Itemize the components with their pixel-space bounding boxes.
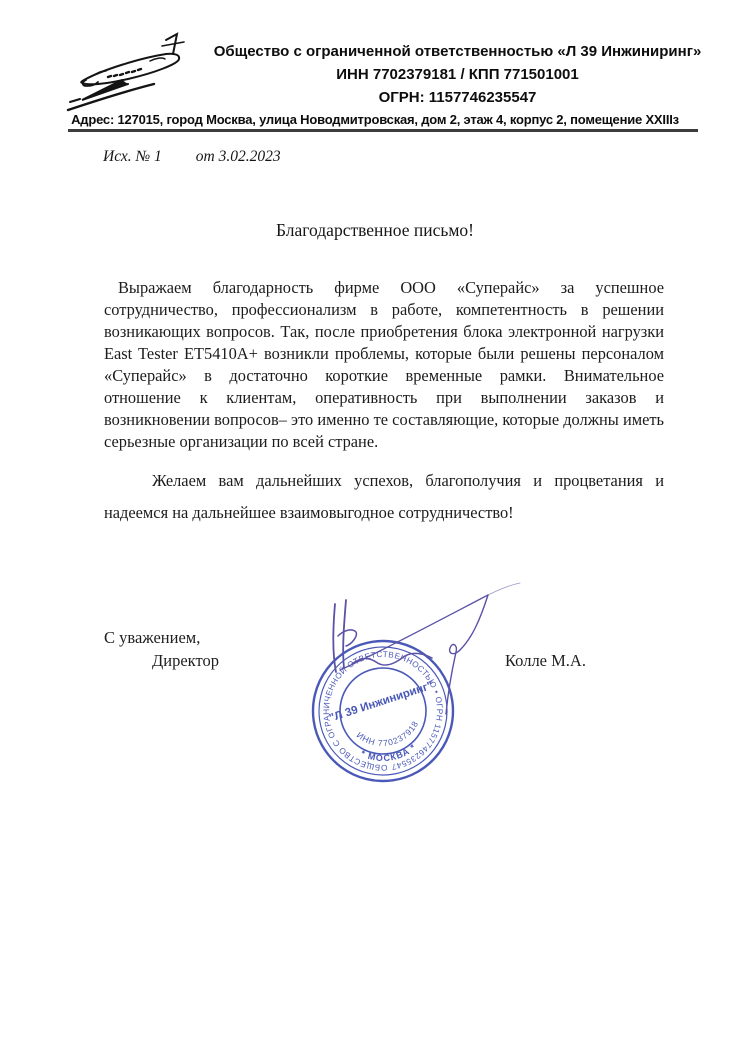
body-paragraph-2: Желаем вам дальнейших успехов, благополу…: [104, 465, 664, 529]
outgoing-number: Исх. № 1: [103, 148, 162, 165]
reference-line: Исх. № 1от 3.02.2023: [103, 148, 281, 166]
company-inn-kpp: ИНН 7702379181 / КПП 771501001: [205, 63, 710, 86]
letter-date: от 3.02.2023: [196, 148, 281, 165]
body-paragraph-1: Выражаем благодарность фирме ООО «Супера…: [104, 277, 664, 453]
handwritten-signature: [300, 572, 535, 752]
letter-page: Общество с ограниченной ответственностью…: [0, 0, 750, 1060]
letterhead: Общество с ограниченной ответственностью…: [205, 40, 710, 109]
company-ogrn: ОГРН: 1157746235547: [205, 86, 710, 109]
closing-line: С уважением,: [104, 628, 200, 648]
company-name: Общество с ограниченной ответственностью…: [205, 40, 710, 63]
airplane-sketch-icon: [62, 28, 207, 116]
signer-position: Директор: [152, 651, 219, 671]
letter-title: Благодарственное письмо!: [0, 220, 750, 241]
header-divider: [68, 129, 698, 132]
company-address: Адрес: 127015, город Москва, улица Новод…: [0, 112, 750, 127]
